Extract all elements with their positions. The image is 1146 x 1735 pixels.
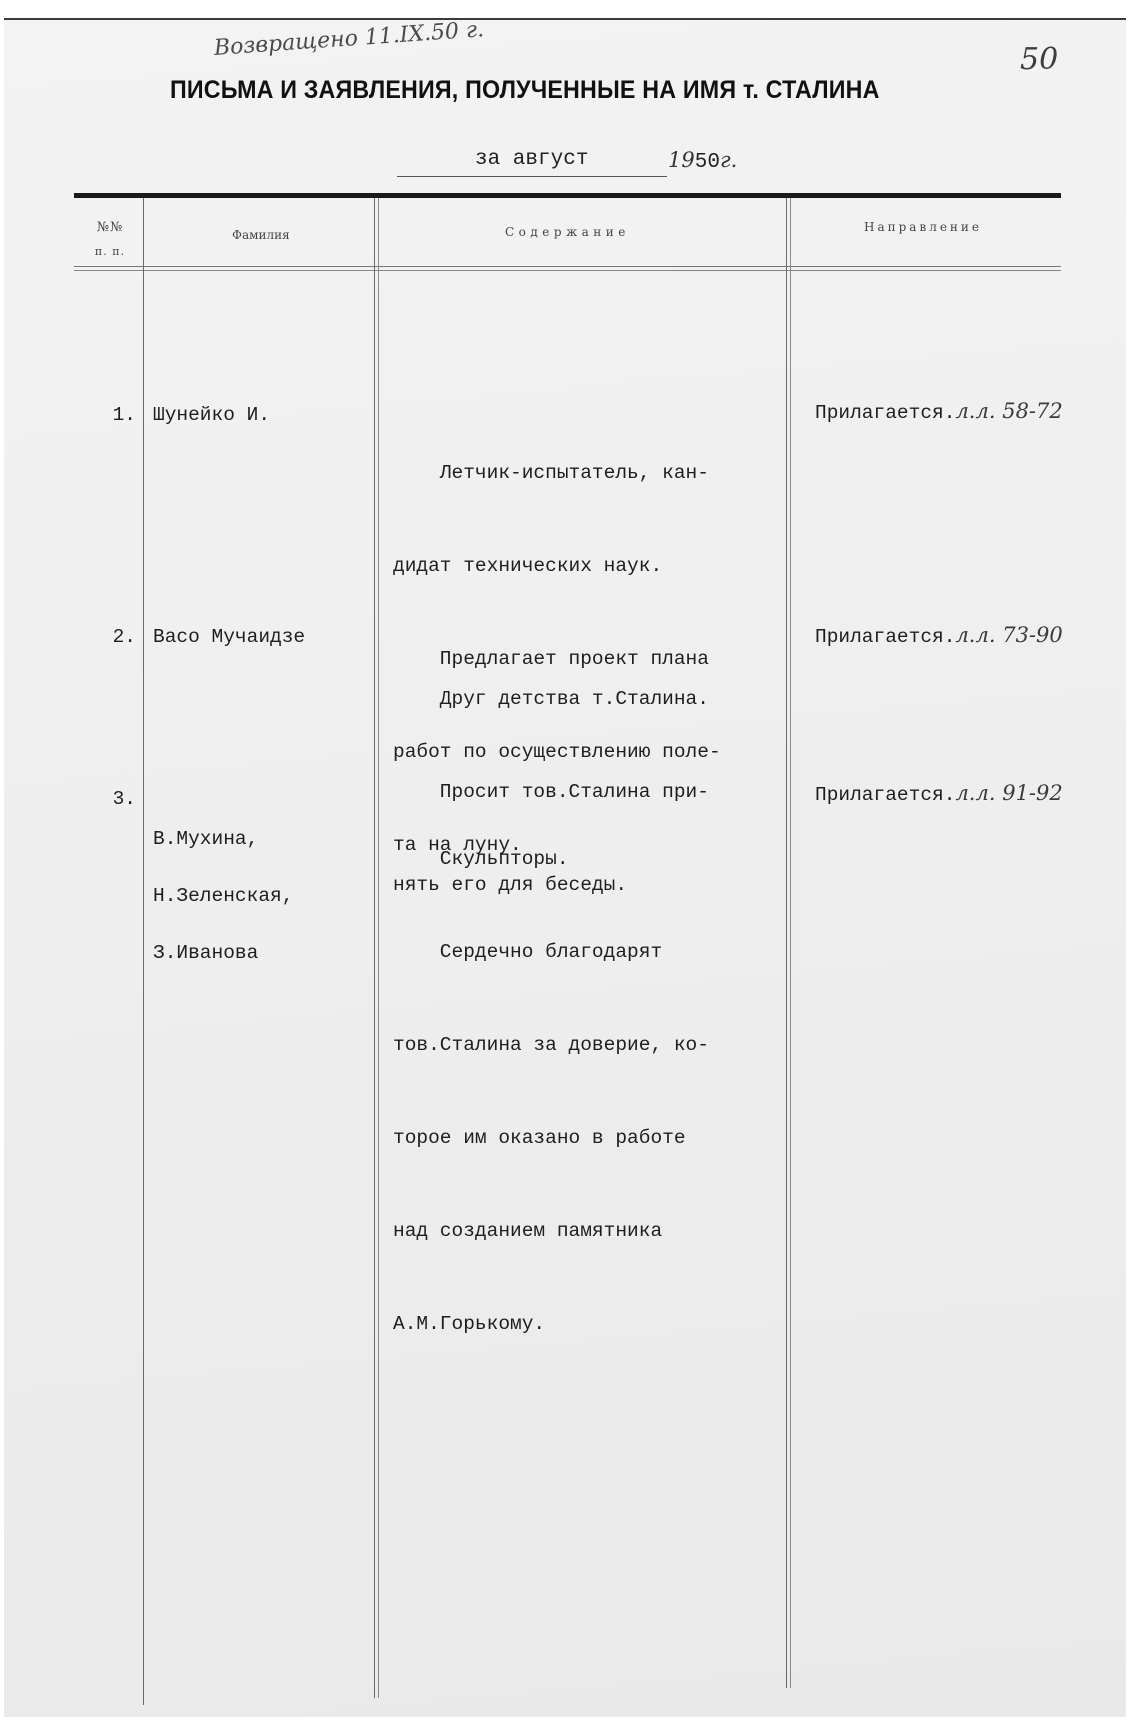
row-2-direction: Прилагается.л.л. 73-90 — [815, 620, 1063, 653]
row-1-direction: Прилагается.л.л. 58-72 — [815, 396, 1063, 429]
name-line: В.Мухина, — [153, 830, 293, 849]
header-direction: Направление — [864, 220, 982, 234]
header-number-line2: п. п. — [86, 240, 134, 264]
sheet-reference: л.л. 58-72 — [955, 399, 1062, 423]
sheet-reference: л.л. 91-92 — [955, 781, 1062, 805]
sheet-reference: л.л. 73-90 — [955, 623, 1062, 647]
header-number: №№ п. п. — [86, 216, 134, 264]
row-1-number: 1. — [86, 400, 136, 431]
period-underline — [397, 176, 667, 177]
year-typed: 50 — [695, 151, 720, 174]
column-divider-2 — [374, 198, 379, 1698]
column-divider-1 — [143, 198, 144, 1705]
header-bottom-rule — [74, 266, 1061, 267]
direction-text: Прилагается. — [815, 626, 955, 648]
content-line: торое им оказано в работе — [393, 1123, 709, 1154]
direction-text: Прилагается. — [815, 784, 955, 806]
name-line: Васо Мучаидзе — [153, 628, 305, 647]
content-line: тов.Сталина за доверие, ко- — [393, 1030, 709, 1061]
content-line: Друг детства т.Сталина. — [393, 684, 709, 715]
period-label: за август — [475, 148, 588, 171]
period-year: 1950г. — [668, 148, 737, 174]
row-3-direction: Прилагается.л.л. 91-92 — [815, 778, 1063, 811]
year-suffix: г. — [720, 148, 737, 172]
row-3-content: Скульпторы. Сердечно благодарят тов.Стал… — [393, 782, 709, 1371]
content-line: Скульпторы. — [393, 844, 709, 875]
name-line: Шунейко И. — [153, 406, 270, 425]
content-line: Летчик-испытатель, кан- — [393, 458, 721, 489]
row-3-name: В.Мухина, Н.Зеленская, З.Иванова — [153, 792, 293, 982]
content-line: над созданием памятника — [393, 1216, 709, 1247]
table-top-rule — [74, 193, 1061, 198]
header-surname: Фамилия — [232, 228, 290, 242]
content-line: Сердечно благодарят — [393, 937, 709, 968]
name-line: Н.Зеленская, — [153, 887, 293, 906]
name-line: З.Иванова — [153, 944, 293, 963]
direction-text: Прилагается. — [815, 402, 955, 424]
content-line: А.М.Горькому. — [393, 1309, 709, 1340]
row-3-number: 3. — [86, 784, 136, 815]
header-bottom-rule-2 — [74, 270, 1061, 271]
row-1-name: Шунейко И. — [153, 406, 270, 425]
document-title: ПИСЬМА И ЗАЯВЛЕНИЯ, ПОЛУЧЕННЫЕ НА ИМЯ т.… — [170, 76, 880, 105]
row-2-name: Васо Мучаидзе — [153, 628, 305, 647]
content-line: дидат технических наук. — [393, 551, 721, 582]
column-divider-3 — [786, 198, 791, 1688]
row-2-number: 2. — [86, 622, 136, 653]
header-number-line1: №№ — [86, 216, 134, 240]
year-prefix: 19 — [668, 148, 695, 172]
header-content: Содержание — [505, 225, 630, 239]
page-number: 50 — [1020, 42, 1058, 77]
